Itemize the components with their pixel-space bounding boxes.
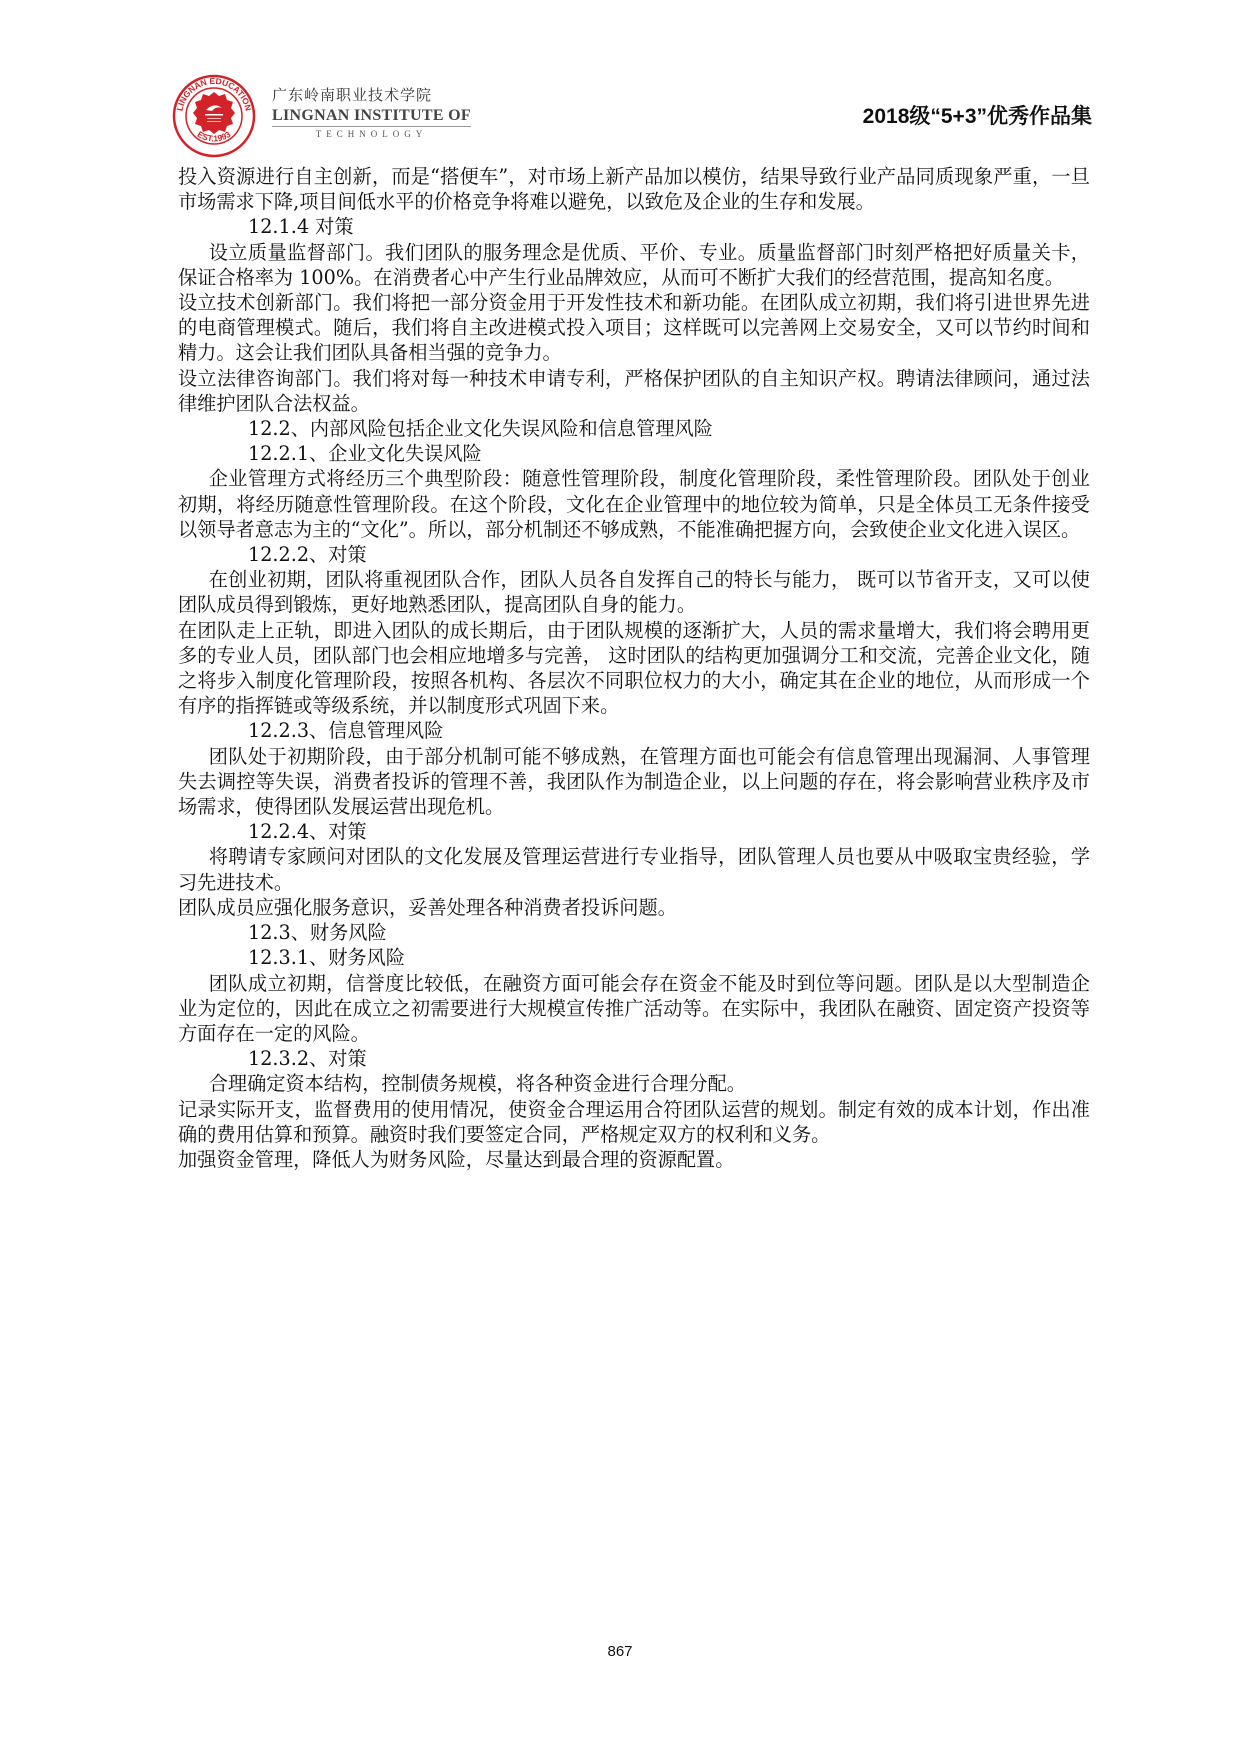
paragraph: 在创业初期，团队将重视团队合作，团队人员各自发挥自己的特长与能力， 既可以节省开… <box>178 567 1090 617</box>
section-heading: 12.2.1、企业文化失误风险 <box>178 441 1090 466</box>
institution-name-en: LINGNAN INSTITUTE OF <box>272 107 471 127</box>
paragraph: 加强资金管理，降低人为财务风险，尽量达到最合理的资源配置。 <box>178 1147 1090 1172</box>
paragraph: 团队成立初期，信誉度比较低，在融资方面可能会存在资金不能及时到位等问题。团队是以… <box>178 971 1090 1047</box>
institution-name-cn: 广东岭南职业技术学院 <box>272 84 471 105</box>
page-number: 867 <box>0 1643 1240 1660</box>
section-heading: 12.1.4 对策 <box>178 214 1090 239</box>
school-logo-icon: LINGNAN EDUCATION EST.1993 <box>172 74 256 158</box>
institution-name-en-2: TECHNOLOGY <box>272 129 471 139</box>
section-heading: 12.3.2、对策 <box>178 1046 1090 1071</box>
paragraph: 投入资源进行自主创新，而是“搭便车”，对市场上新产品加以模仿，结果导致行业产品同… <box>178 164 1090 214</box>
section-heading: 12.3、财务风险 <box>178 920 1090 945</box>
paragraph: 设立质量监督部门。我们团队的服务理念是优质、平价、专业。质量监督部门时刻严格把好… <box>178 240 1090 290</box>
paragraph: 合理确定资本结构，控制债务规模，将各种资金进行合理分配。 <box>178 1071 1090 1096</box>
document-page: LINGNAN EDUCATION EST.1993 广东岭南职业技术学院 LI… <box>0 0 1240 1754</box>
paragraph: 企业管理方式将经历三个典型阶段：随意性管理阶段，制度化管理阶段，柔性管理阶段。团… <box>178 466 1090 542</box>
section-heading: 12.2.4、对策 <box>178 819 1090 844</box>
paragraph: 团队成员应强化服务意识，妥善处理各种消费者投诉问题。 <box>178 895 1090 920</box>
paragraph: 记录实际开支，监督费用的使用情况，使资金合理运用合符团队运营的规划。制定有效的成… <box>178 1097 1090 1147</box>
collection-title: 2018级“5+3”优秀作品集 <box>863 100 1092 130</box>
paragraph: 设立法律咨询部门。我们将对每一种技术申请专利，严格保护团队的自主知识产权。聘请法… <box>178 366 1090 416</box>
page-header: LINGNAN EDUCATION EST.1993 广东岭南职业技术学院 LI… <box>172 74 1092 154</box>
paragraph: 团队处于初期阶段，由于部分机制可能不够成熟，在管理方面也可能会有信息管理出现漏洞… <box>178 744 1090 820</box>
section-heading: 12.3.1、财务风险 <box>178 945 1090 970</box>
section-heading: 12.2、内部风险包括企业文化失误风险和信息管理风险 <box>178 416 1090 441</box>
document-body: 投入资源进行自主创新，而是“搭便车”，对市场上新产品加以模仿，结果导致行业产品同… <box>178 164 1090 1172</box>
paragraph: 将聘请专家顾问对团队的文化发展及管理运营进行专业指导，团队管理人员也要从中吸取宝… <box>178 844 1090 894</box>
section-heading: 12.2.2、对策 <box>178 542 1090 567</box>
section-heading: 12.2.3、信息管理风险 <box>178 718 1090 743</box>
paragraph: 设立技术创新部门。我们将把一部分资金用于开发性技术和新功能。在团队成立初期，我们… <box>178 290 1090 366</box>
institution-name: 广东岭南职业技术学院 LINGNAN INSTITUTE OF TECHNOLO… <box>272 84 471 139</box>
paragraph: 在团队走上正轨，即进入团队的成长期后，由于团队规模的逐渐扩大，人员的需求量增大，… <box>178 618 1090 719</box>
